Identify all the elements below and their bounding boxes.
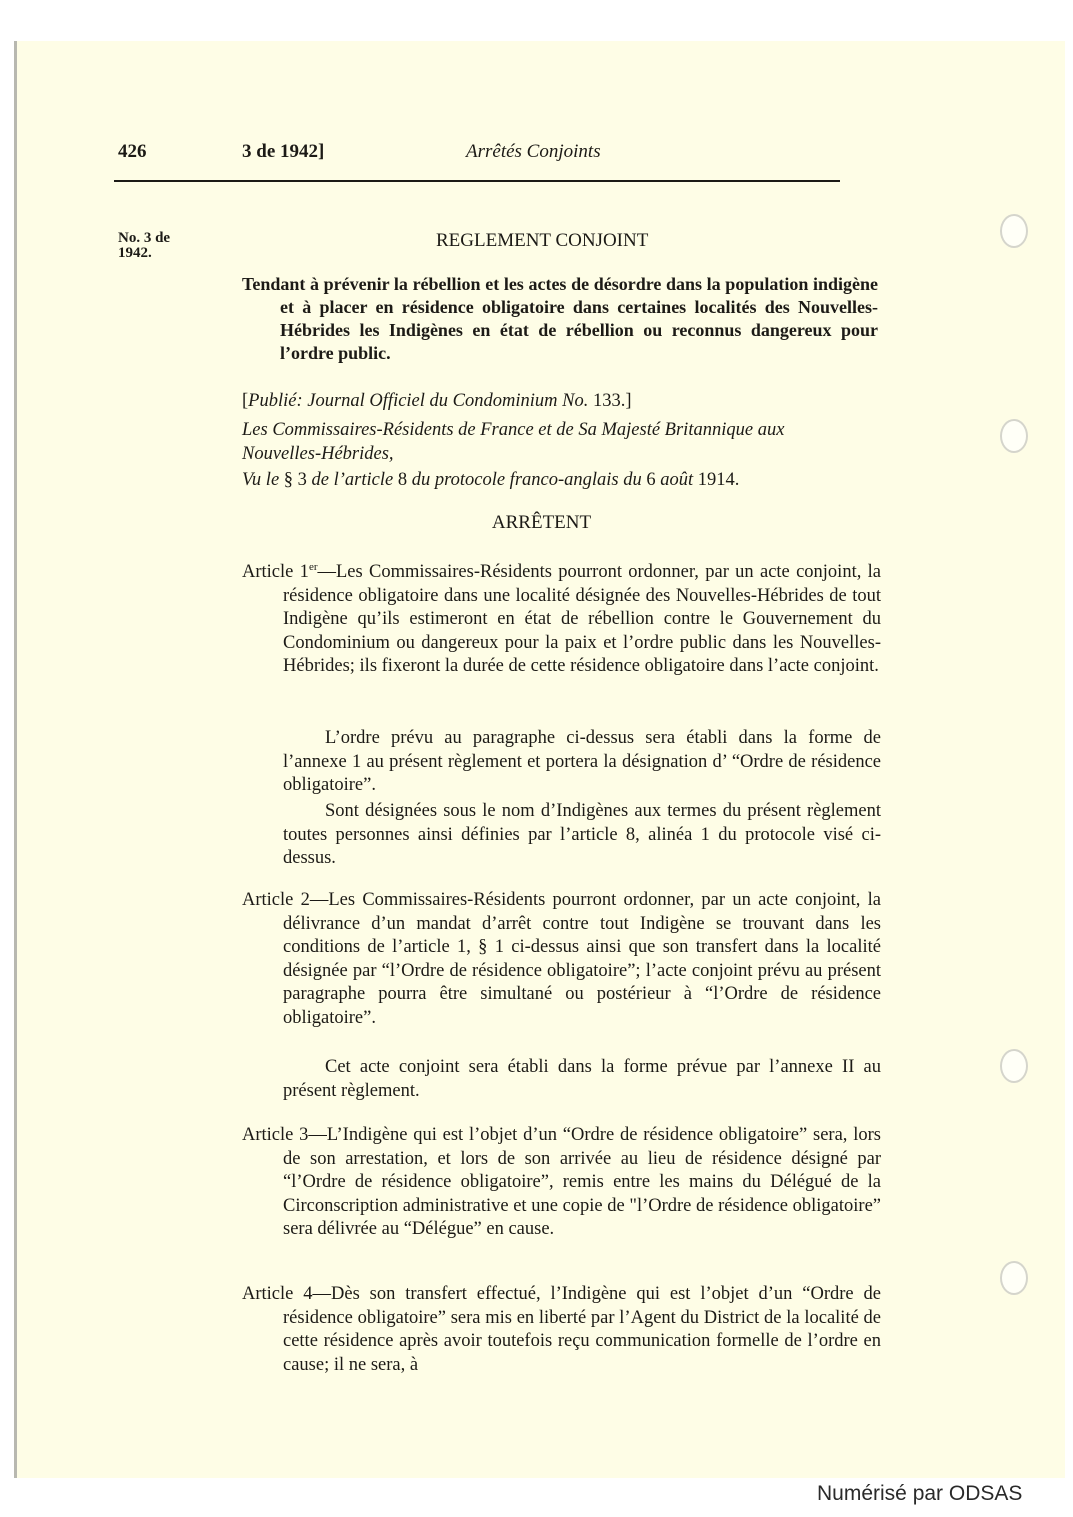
article-text: —Dès son transfert effectué, l’Indigène … xyxy=(283,1284,881,1375)
article-2: Article 2—Les Commissaires-Résidents pou… xyxy=(242,889,881,1030)
article-2-paragraph-2: Cet acte conjoint sera établi dans la fo… xyxy=(242,1056,881,1103)
preamble: Les Commissaires-Résidents de France et … xyxy=(242,419,840,466)
article-label: Article 2 xyxy=(242,890,310,910)
article-label: Article 4 xyxy=(242,1284,313,1304)
header-reference: 3 de 1942] xyxy=(242,141,324,163)
document-title: REGLEMENT CONJOINT xyxy=(436,230,648,252)
article-3: Article 3—L’Indigène qui est l’objet d’u… xyxy=(242,1124,881,1242)
operative-heading: ARRÊTENT xyxy=(0,512,1073,534)
article-1: Article 1er—Les Commissaires-Résidents p… xyxy=(242,561,881,679)
vu-clause: Vu le § 3 de l’article 8 du protocole fr… xyxy=(242,469,840,493)
punch-hole-icon xyxy=(1000,419,1028,453)
article-4: Article 4—Dès son transfert effectué, l’… xyxy=(242,1283,881,1377)
article-text: —Les Commissaires-Résidents pourront ord… xyxy=(283,562,881,676)
punch-hole-icon xyxy=(1000,1049,1028,1083)
article-label: Article 3 xyxy=(242,1125,308,1145)
publication-label: Publié: Journal Officiel du Condominium … xyxy=(248,391,588,411)
publication-note: [Publié: Journal Officiel du Condominium… xyxy=(242,390,840,414)
publication-number: 133.] xyxy=(588,391,631,411)
margin-note: No. 3 de 1942. xyxy=(118,231,170,261)
running-title: Arrêtés Conjoints xyxy=(466,141,601,163)
article-1-paragraph-2: L’ordre prévu au paragraphe ci-dessus se… xyxy=(242,727,881,798)
punch-hole-icon xyxy=(1000,214,1028,248)
article-text: —Les Commissaires-Résidents pourront ord… xyxy=(283,890,881,1028)
article-1-paragraph-3: Sont désignées sous le nom d’Indigènes a… xyxy=(242,800,881,871)
punch-hole-icon xyxy=(1000,1261,1028,1295)
document-subtitle: Tendant à prévenir la rébellion et les a… xyxy=(242,273,878,365)
digitization-credit: Numérisé par ODSAS xyxy=(817,1482,1022,1506)
page-number: 426 xyxy=(118,141,147,163)
article-label: Article 1 xyxy=(242,562,309,582)
article-text: —L’Indigène qui est l’objet d’un “Ordre … xyxy=(283,1125,881,1239)
header-rule xyxy=(114,180,840,182)
